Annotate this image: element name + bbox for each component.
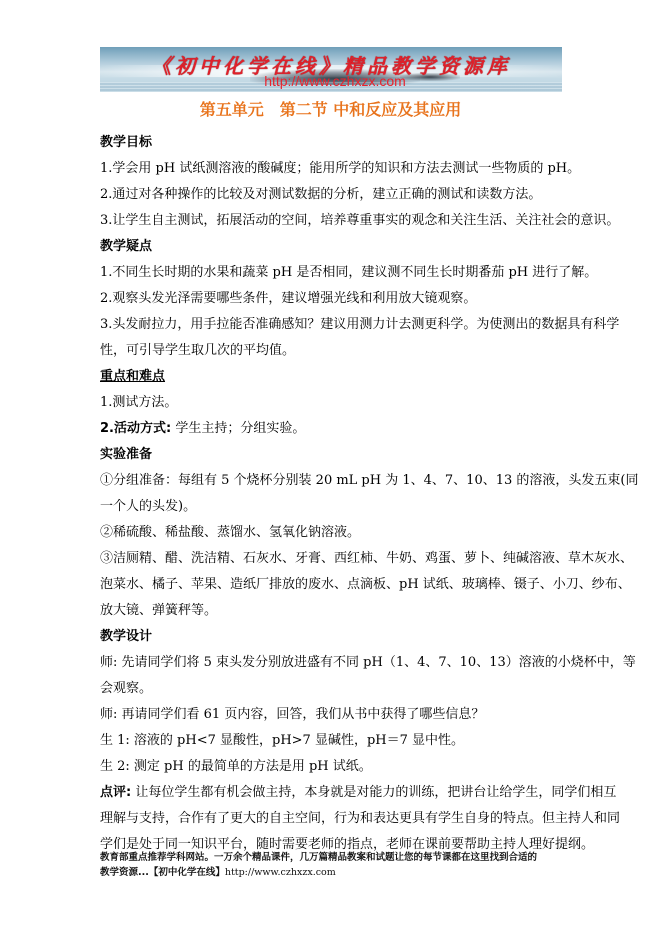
comment-line-continued: 理解与支持，合作有了更大的自主空间，行为和表达更具有学生自身的特点。但主持人和同: [100, 806, 580, 832]
goal-item: 1.学会用 pH 试纸测溶液的酸碱度；能用所学的知识和方法去测试一些物质的 pH…: [100, 156, 580, 182]
goal-item: 3.让学生自主测试，拓展活动的空间，培养尊重事实的观念和关注生活、关注社会的意识…: [100, 208, 580, 234]
footer-line-2: 教学资源...【初中化学在线】http://www.czhxzx.com: [100, 865, 570, 880]
dialogue-line-continued: 会观察。: [100, 676, 580, 702]
comment-label: 点评:: [100, 785, 131, 800]
document-body: 教学目标 1.学会用 pH 试纸测溶液的酸碱度；能用所学的知识和方法去测试一些物…: [100, 130, 580, 858]
activity-mode-line: 2.活动方式: 学生主持；分组实验。: [100, 416, 580, 442]
doubt-item: 1.不同生长时期的水果和蔬菜 pH 是否相同，建议测不同生长时期番茄 pH 进行…: [100, 260, 580, 286]
preparation-item-continued: 泡菜水、橘子、苹果、造纸厂排放的废水、点滴板、pH 试纸、玻璃棒、镊子、小刀、纱…: [100, 572, 580, 598]
preparation-item-continued: 放大镜、弹簧秤等。: [100, 598, 580, 624]
section-heading-doubts: 教学疑点: [100, 234, 580, 260]
comment-text: 让每位学生都有机会做主持，本身就是对能力的训练，把讲台让给学生，同学们相互: [131, 785, 616, 800]
dialogue-line: 生 2: 测定 pH 的最简单的方法是用 pH 试纸。: [100, 754, 580, 780]
preparation-item-continued: 一个人的头发)。: [100, 494, 580, 520]
site-banner: 《初中化学在线》精品教学资源库 http://www.czhxzx.com: [100, 47, 562, 92]
footer-url-link[interactable]: http://www.czhxzx.com: [225, 867, 336, 878]
page-footer: 教育部重点推荐学科网站。一万余个精品课件，几万篇精品教案和试题让您的每节课都在这…: [100, 850, 570, 880]
dialogue-line: 生 1: 溶液的 pH<7 显酸性，pH>7 显碱性，pH＝7 显中性。: [100, 728, 580, 754]
comment-line: 点评: 让每位学生都有机会做主持，本身就是对能力的训练，把讲台让给学生，同学们相…: [100, 780, 580, 806]
activity-mode-text: 学生主持；分组实验。: [171, 421, 305, 436]
footer-line-1: 教育部重点推荐学科网站。一万余个精品课件，几万篇精品教案和试题让您的每节课都在这…: [100, 850, 570, 865]
section-heading-design: 教学设计: [100, 624, 580, 650]
goal-item: 2.通过对各种操作的比较及对测试数据的分析，建立正确的测试和读数方法。: [100, 182, 580, 208]
doubt-item: 2.观察头发光泽需要哪些条件，建议增强光线和利用放大镜观察。: [100, 286, 580, 312]
activity-mode-label: 2.活动方式:: [100, 421, 171, 436]
section-heading-key-points: 重点和难点: [100, 364, 580, 390]
footer-source: 教学资源...【初中化学在线】: [100, 867, 225, 878]
doubt-item-continued: 性，可引导学生取几次的平均值。: [100, 338, 580, 364]
section-heading-goals: 教学目标: [100, 130, 580, 156]
dialogue-line: 师: 先请同学们将 5 束头发分别放进盛有不同 pH（1、4、7、10、13）溶…: [100, 650, 580, 676]
document-title: 第五单元 第二节 中和反应及其应用: [0, 97, 661, 120]
preparation-item: ②稀硫酸、稀盐酸、蒸馏水、氢氧化钠溶液。: [100, 520, 580, 546]
banner-url[interactable]: http://www.czhxzx.com: [100, 73, 562, 89]
preparation-item: ③洁厕精、醋、洗洁精、石灰水、牙膏、西红柿、牛奶、鸡蛋、萝卜、纯碱溶液、草木灰水…: [100, 546, 580, 572]
section-heading-preparation: 实验准备: [100, 442, 580, 468]
preparation-item: ①分组准备：每组有 5 个烧杯分别装 20 mL pH 为 1、4、7、10、1…: [100, 468, 580, 494]
dialogue-line: 师: 再请同学们看 61 页内容，回答，我们从书中获得了哪些信息？: [100, 702, 580, 728]
key-point-item: 1.测试方法。: [100, 390, 580, 416]
doubt-item: 3.头发耐拉力，用手拉能否准确感知？建议用测力计去测更科学。为使测出的数据具有科…: [100, 312, 580, 338]
